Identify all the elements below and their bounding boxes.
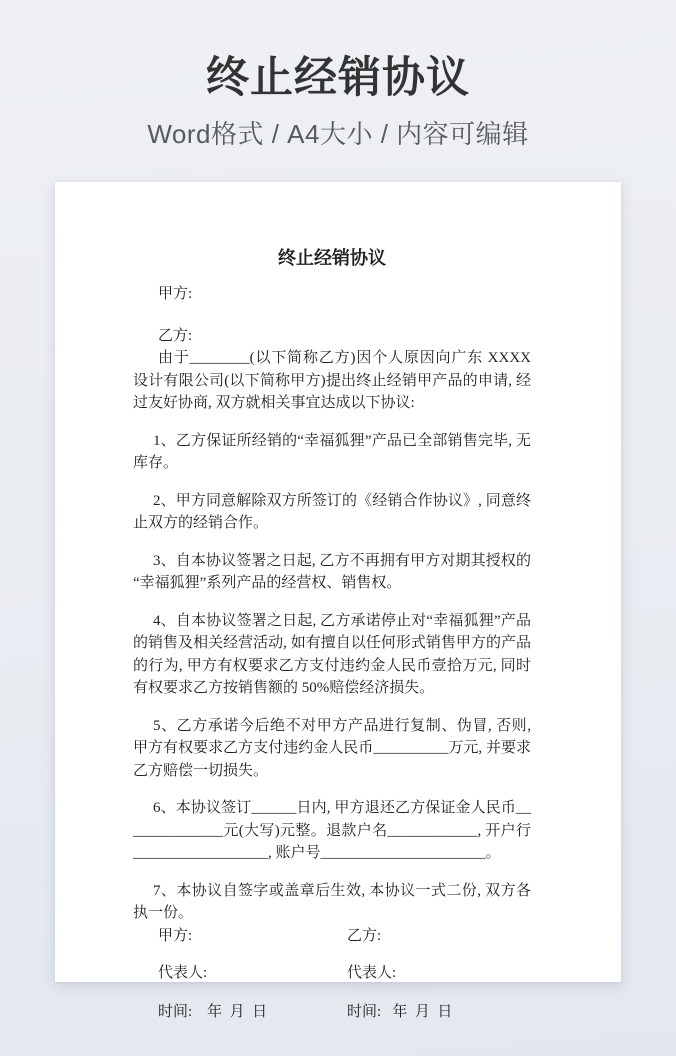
clause-3: 3、自本协议签署之日起, 乙方不再拥有甲方对期其授权的“幸福狐狸”系列产品的经营… xyxy=(133,550,531,595)
signature-rep-a-label: 代表人: xyxy=(133,962,347,985)
signature-party-row: 甲方: 乙方: xyxy=(133,925,531,948)
page-title: 终止经销协议 xyxy=(0,54,676,103)
clause-4: 4、自本协议签署之日起, 乙方承诺停止对“幸福狐狸”产品的销售及相关经营活动, … xyxy=(133,610,531,700)
party-a-label: 甲方: xyxy=(133,283,531,306)
intro-paragraph: 由于________(以下简称乙方)因个人原因向广东 XXXX 设计有限公司(以… xyxy=(133,347,531,415)
clause-5: 5、乙方承诺今后绝不对甲方产品进行复制、伪冒, 否则, 甲方有权要求乙方支付违约… xyxy=(133,715,531,783)
party-b-label: 乙方: xyxy=(133,325,531,348)
document-page: 终止经销协议 甲方: 乙方: 由于________(以下简称乙方)因个人原因向广… xyxy=(55,182,621,982)
document-title: 终止经销协议 xyxy=(133,246,531,270)
signature-party-a-label: 甲方: xyxy=(133,925,347,948)
signature-rep-b-label: 代表人: xyxy=(347,962,396,985)
clause-1: 1、乙方保证所经销的“幸福狐狸”产品已全部销售完毕, 无库存。 xyxy=(133,430,531,475)
signature-party-b-label: 乙方: xyxy=(347,925,381,948)
template-preview-page: 终止经销协议 Word格式 / A4大小 / 内容可编辑 终止经销协议 甲方: … xyxy=(0,0,676,982)
hero-header: 终止经销协议 Word格式 / A4大小 / 内容可编辑 xyxy=(0,0,676,151)
signature-date-row: 时间: 年 月 日 时间: 年 月 日 xyxy=(133,1001,531,1024)
signature-date-b-label: 时间: 年 月 日 xyxy=(347,1001,452,1024)
clause-7: 7、本协议自签字或盖章后生效, 本协议一式二份, 双方各执一份。 xyxy=(133,880,531,925)
document-body: 终止经销协议 甲方: 乙方: 由于________(以下简称乙方)因个人原因向广… xyxy=(133,246,531,1023)
signature-representative-row: 代表人: 代表人: xyxy=(133,962,531,985)
page-subtitle: Word格式 / A4大小 / 内容可编辑 xyxy=(0,114,676,151)
clause-2: 2、甲方同意解除双方所签订的《经销合作协议》, 同意终止双方的经销合作。 xyxy=(133,490,531,535)
clause-6: 6、本协议签订______日内, 甲方退还乙方保证金人民币___________… xyxy=(133,797,531,865)
signature-date-a-label: 时间: 年 月 日 xyxy=(133,1001,347,1024)
